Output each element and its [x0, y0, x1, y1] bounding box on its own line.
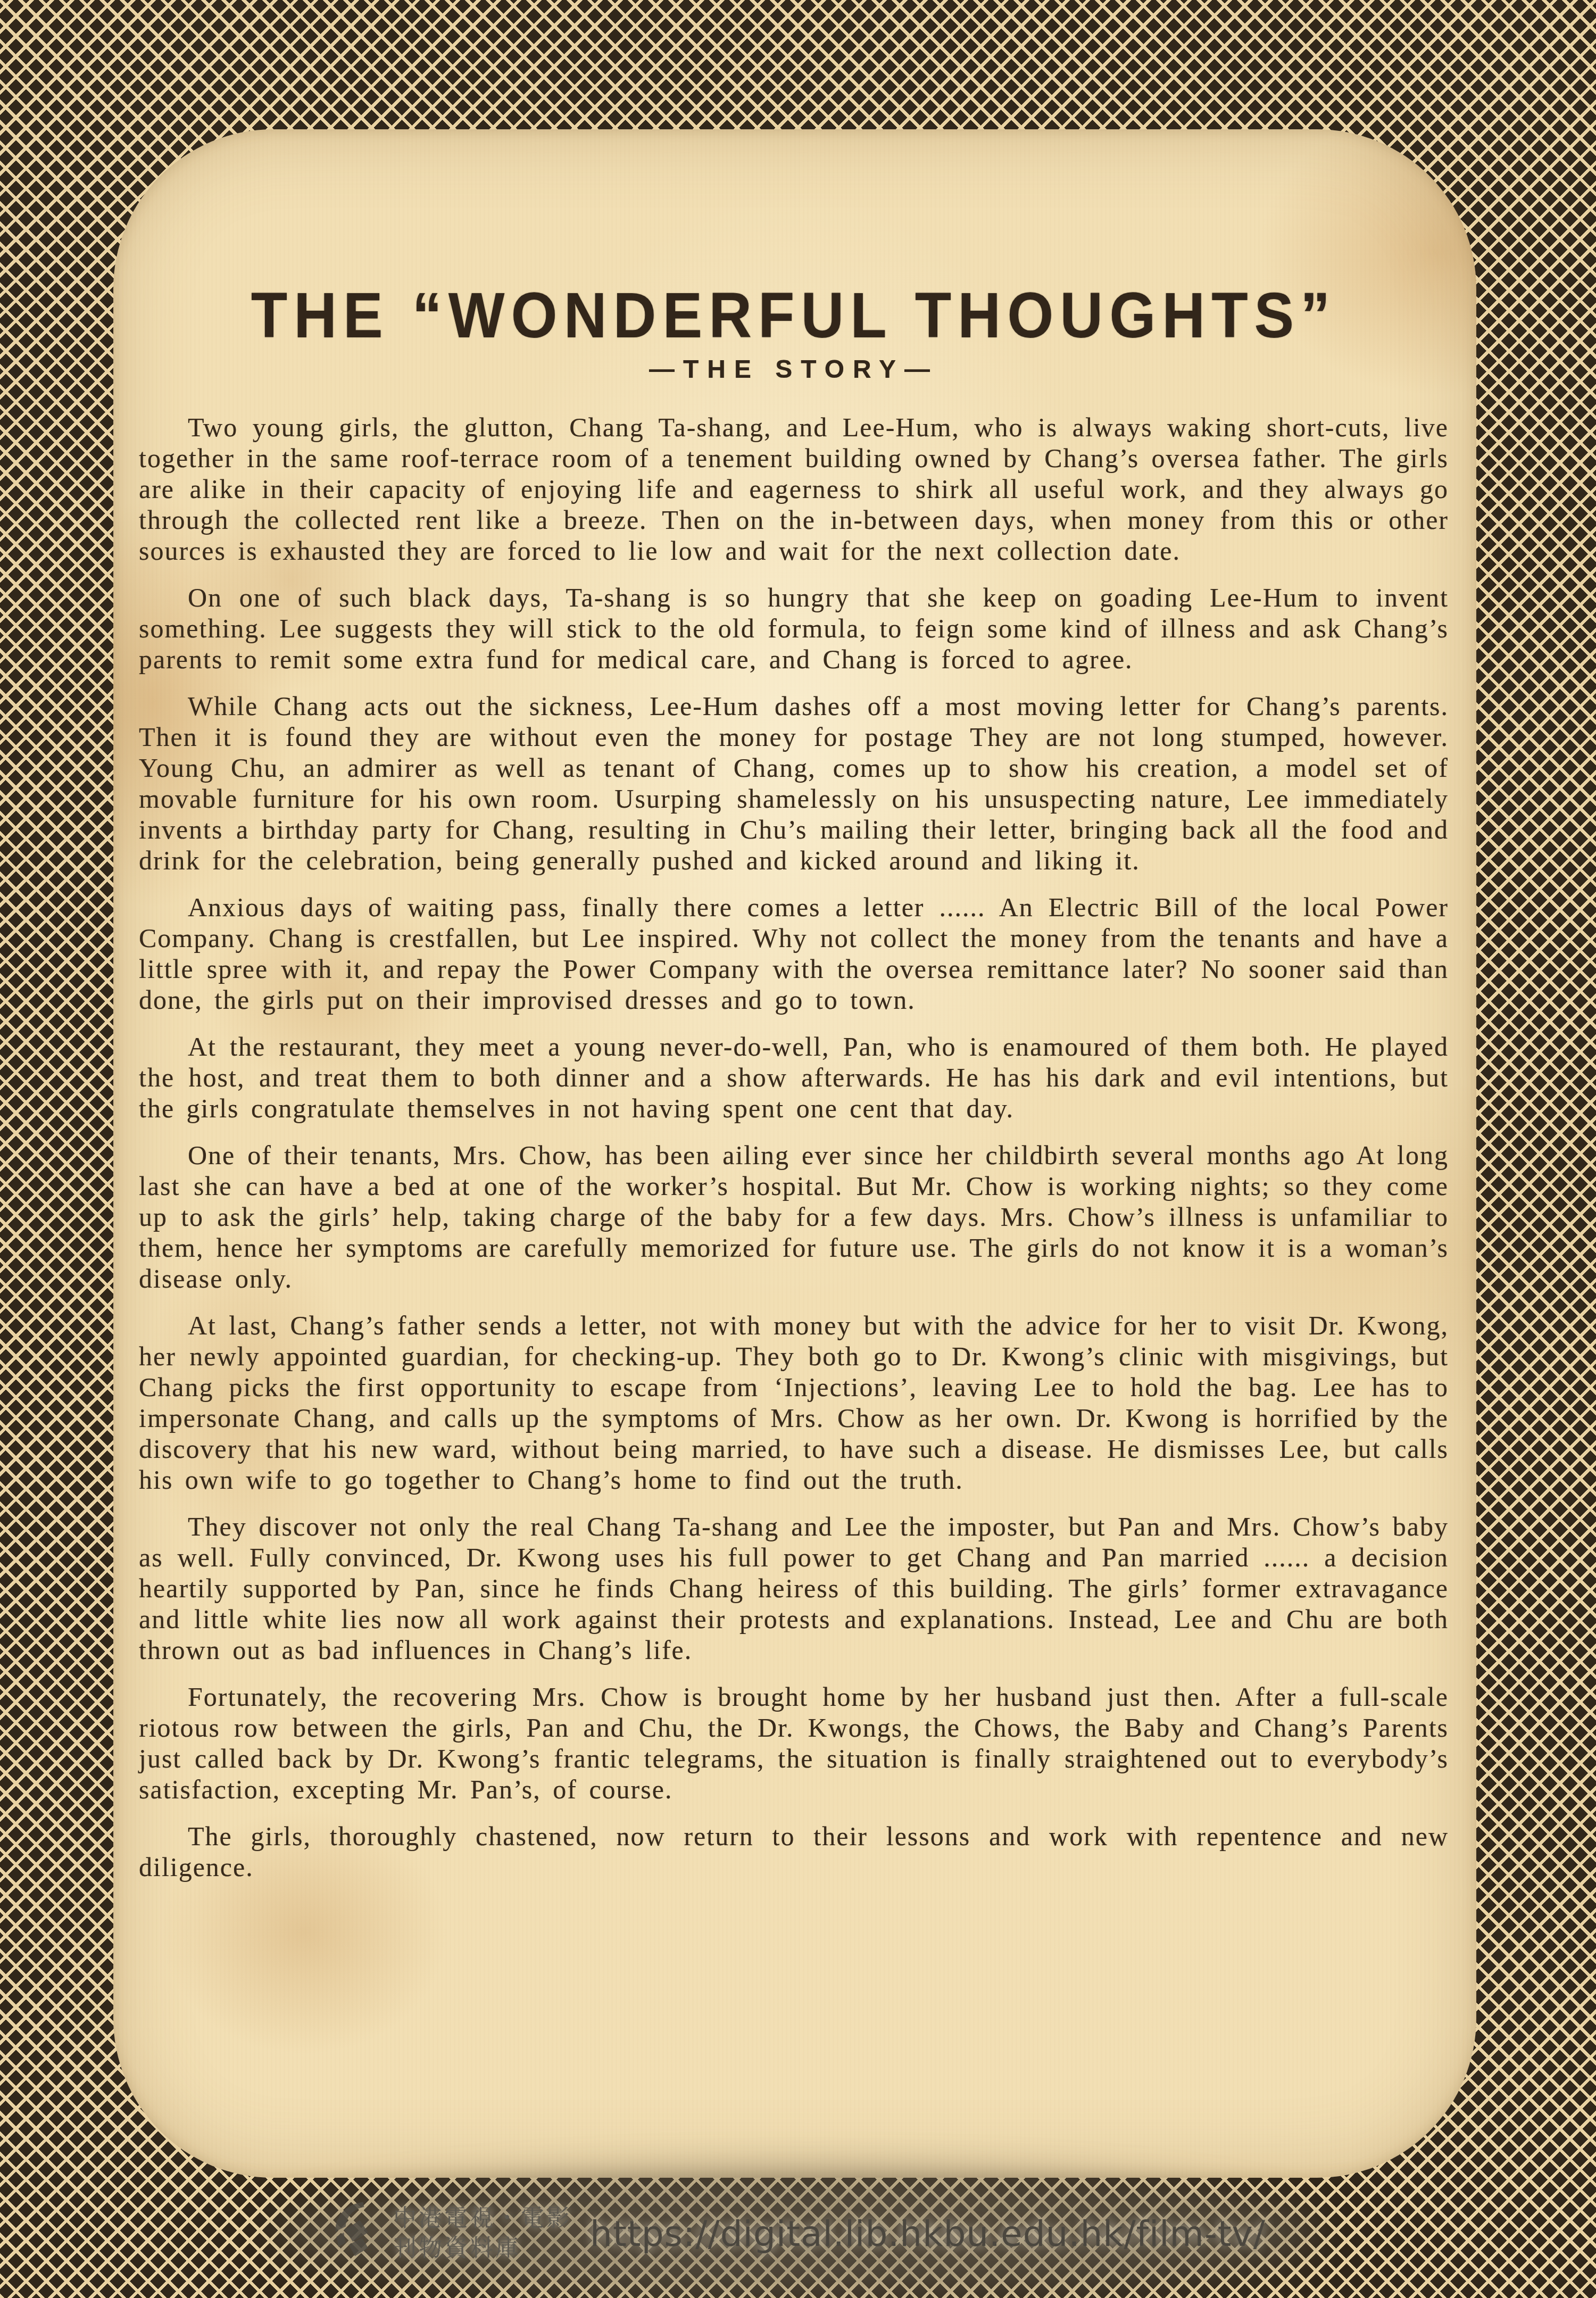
story-text: Two young girls, the glutton, Chang Ta-s… — [139, 412, 1449, 1882]
brochure-scan-border: THE “WONDERFUL THOUGHTS” —THE STORY— Two… — [0, 0, 1596, 2298]
library-watermark: 中港電視・電影 刊物資料庫 https://digital.lib.hkbu.e… — [0, 2180, 1596, 2287]
logo-text-line2: 刊物資料庫 — [393, 2234, 572, 2263]
story-paragraph: While Chang acts out the sickness, Lee-H… — [139, 691, 1449, 876]
logo-text-line1: 中港電視・電影 — [393, 2204, 572, 2234]
story-paragraph: At the restaurant, they meet a young nev… — [139, 1031, 1449, 1124]
page-subtitle: —THE STORY— — [139, 355, 1449, 384]
story-paragraph: On one of such black days, Ta-shang is s… — [139, 582, 1449, 675]
logo-text: 中港電視・電影 刊物資料庫 — [393, 2204, 572, 2263]
story-paragraph: Fortunately, the recovering Mrs. Chow is… — [139, 1681, 1449, 1805]
page-title: THE “WONDERFUL THOUGHTS” — [139, 283, 1449, 347]
page-content: THE “WONDERFUL THOUGHTS” —THE STORY— Two… — [113, 129, 1476, 1898]
story-paragraph: At last, Chang’s father sends a letter, … — [139, 1310, 1449, 1495]
film-reel-logo-icon — [330, 2199, 381, 2269]
story-paragraph: The girls, thoroughly chastened, now ret… — [139, 1821, 1449, 1882]
watermark-url: https://digital.lib.hkbu.edu.hk/film-tv/ — [590, 2213, 1266, 2254]
story-page: THE “WONDERFUL THOUGHTS” —THE STORY— Two… — [113, 129, 1476, 2178]
story-paragraph: Two young girls, the glutton, Chang Ta-s… — [139, 412, 1449, 566]
story-paragraph: One of their tenants, Mrs. Chow, has bee… — [139, 1140, 1449, 1294]
library-logo: 中港電視・電影 刊物資料庫 — [330, 2199, 572, 2269]
story-paragraph: Anxious days of waiting pass, finally th… — [139, 892, 1449, 1015]
story-paragraph: They discover not only the real Chang Ta… — [139, 1511, 1449, 1665]
